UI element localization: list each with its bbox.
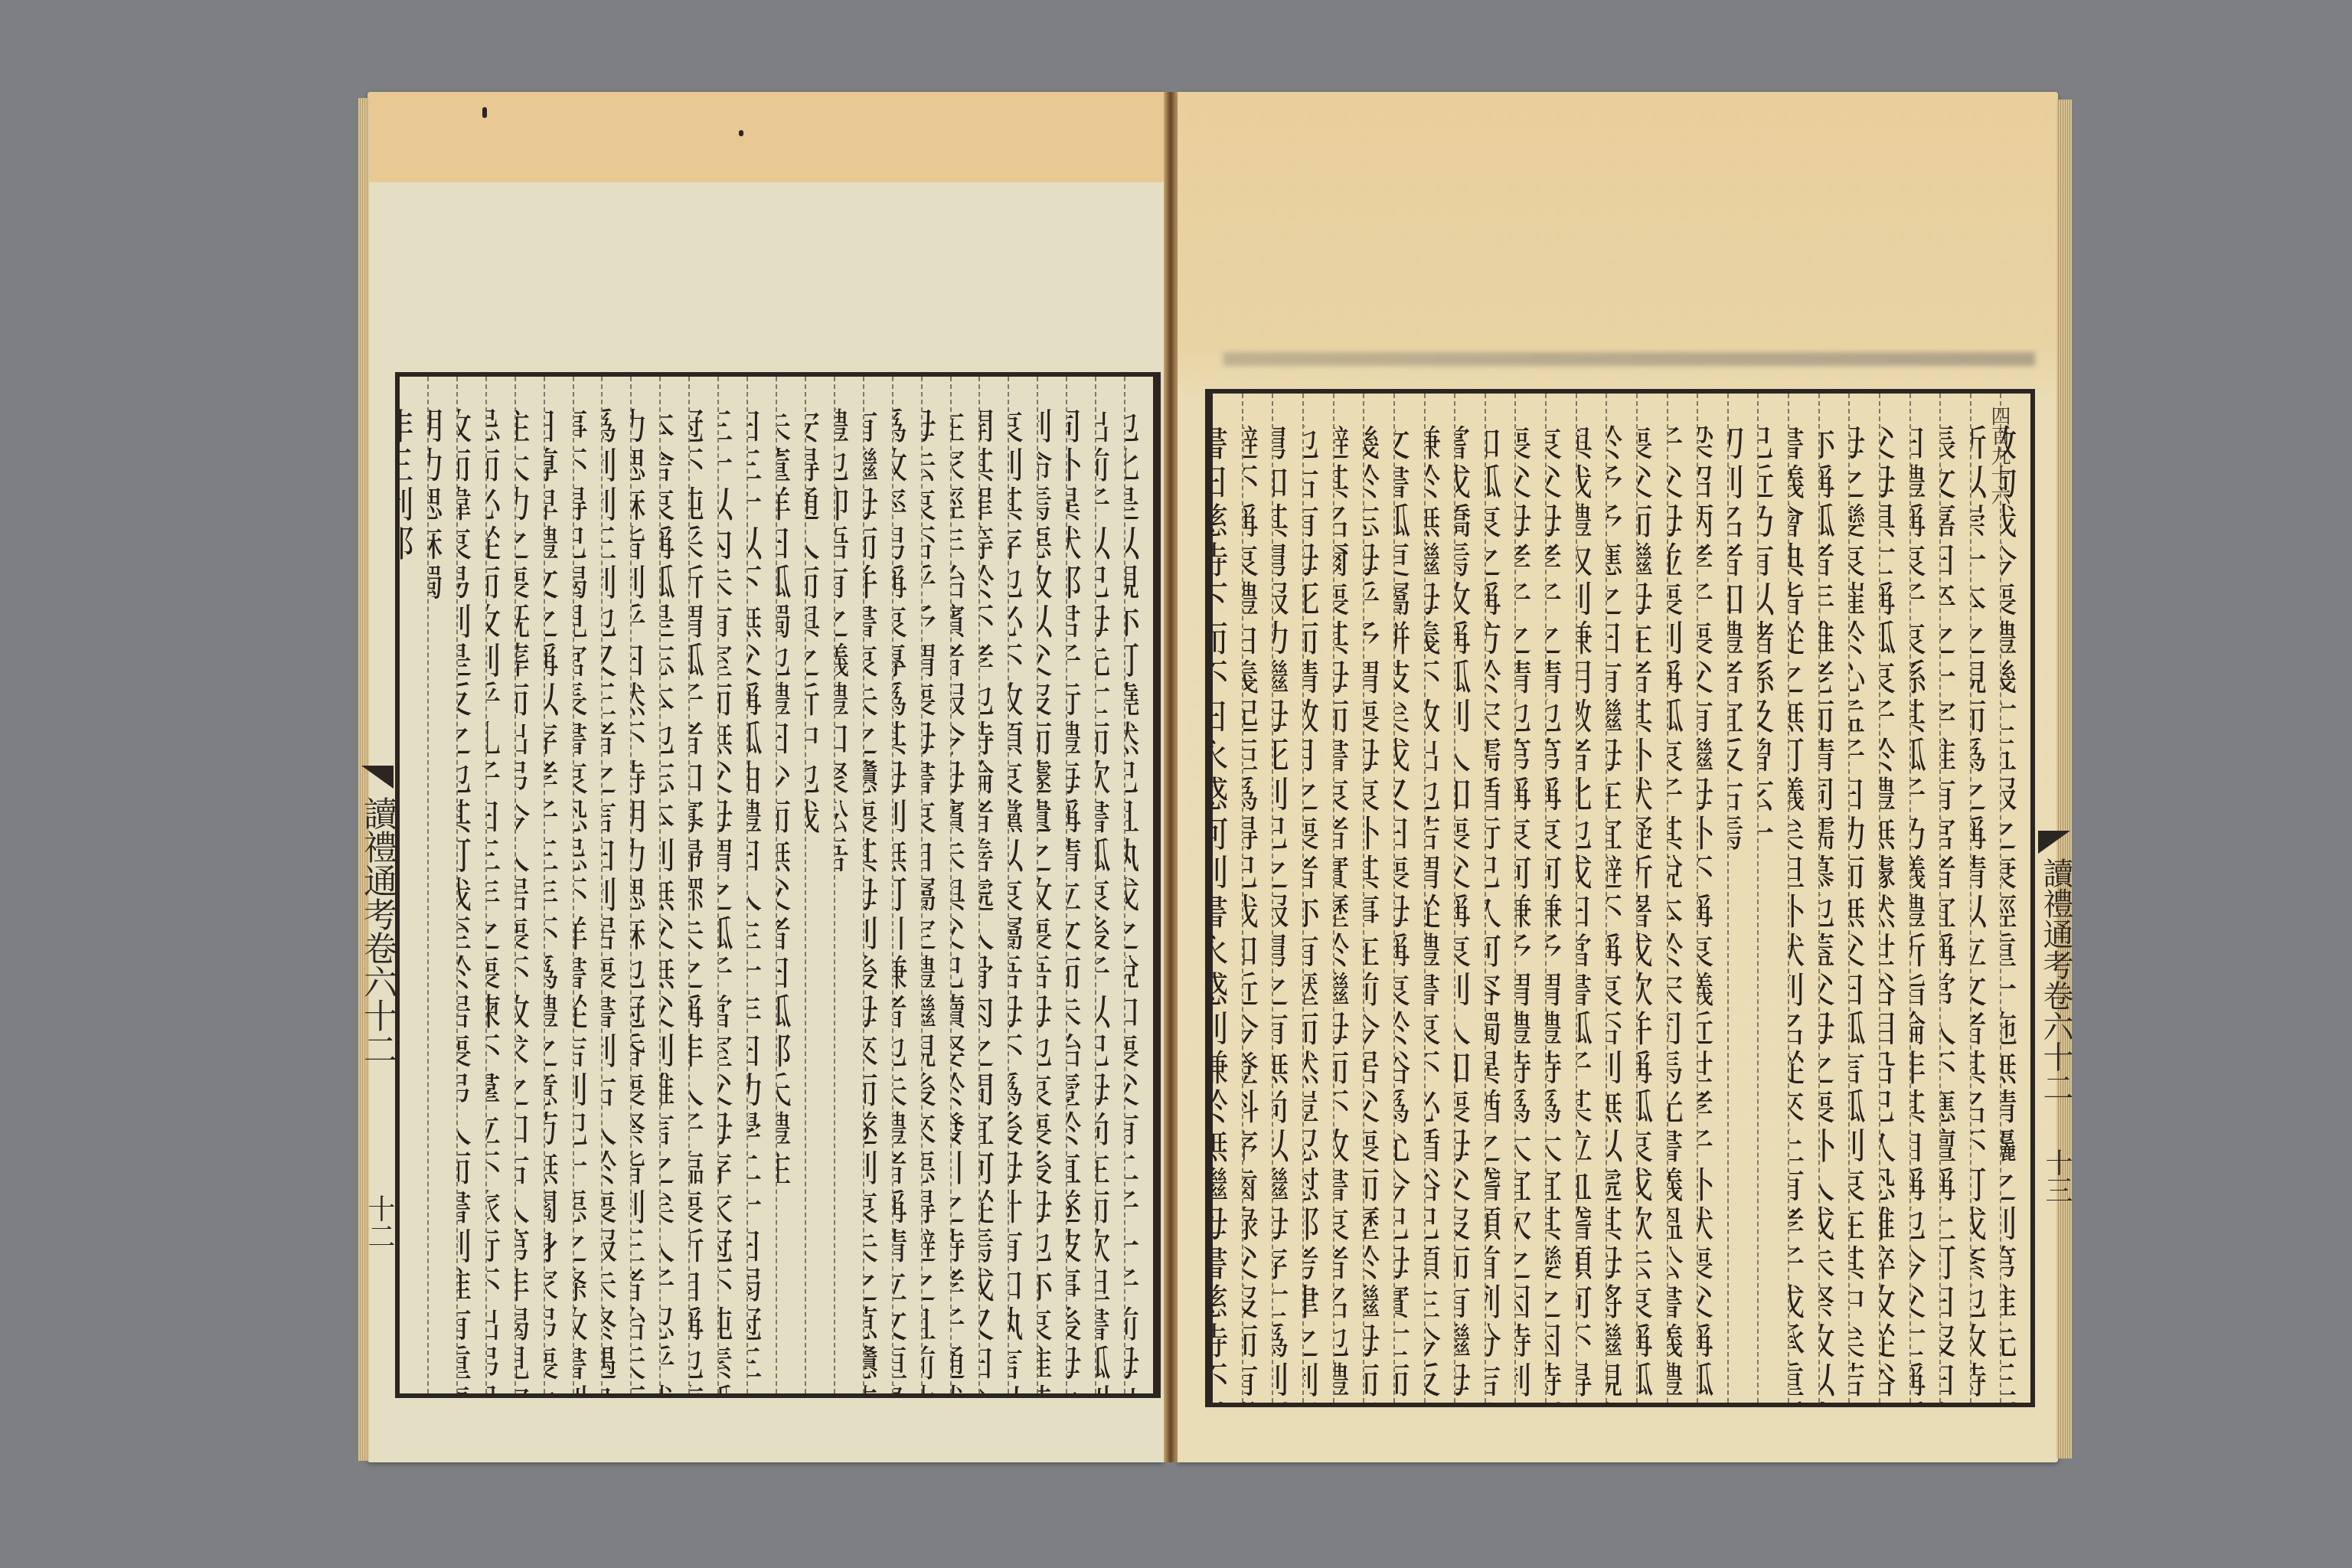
text-column: 冠不純采所謂孤子者如寡婦鰥夫之稱非人子臨喪所自稱也臨喪以哀爲	[688, 377, 717, 1393]
text-column: 也古有母死而請數月之喪者亦有壓而然豈忍懟邪考律之制服凡喪繼母	[1302, 394, 1333, 1403]
text-column: 避不稱哀禮由義起詎爲得已哉如近今登科序齒錄父沒而有繼母在堂必	[1242, 394, 1272, 1403]
show-through-line	[1223, 352, 2035, 366]
text-column: 梁紹炳孝子喪父有繼母訃不稱哀議近世孝子訃狀喪父稱孤子喪母稱哀	[1697, 394, 1727, 1403]
text-column: 事不得已謁見官長書哀恐忌不祥書從吉則犯十惡之條故書制某去其平	[573, 377, 602, 1393]
text-column: 避其名爾喪其母而書哀者實歷於繼母而不敢書哀者名也禮之節文是	[1333, 394, 1364, 1403]
text-column: 喪父而繼母在者其訃狀疑所署或欲并稱孤哀或欲去哀稱孤客未能決質	[1636, 394, 1667, 1403]
text-column: 爲政率男稱哀專爲其母則無可引嫌者也夫禮者稱情立文恒緣義起喪父	[892, 377, 921, 1393]
text-column: 非王制邪	[400, 377, 427, 1393]
text-column: 朱董祥曰孤獨也禮曰少而無父者曰孤鄭氏禮注	[776, 377, 805, 1393]
text-column: 開其罪等於不孝也持論者善處人骨肉之間宜何從焉或又曰今俗有停柩	[978, 377, 1008, 1393]
text-column: 爲制制王制也又王者之言曰制居喪書制古人於喪服未終遇身家所關之	[601, 377, 630, 1393]
text-column: 切列名者知禮者宜反古焉	[1727, 394, 1758, 1403]
text-column: 所以崇一本之親而爲之稱情以立文者其名不可或紊也故特言之	[1970, 394, 2001, 1403]
banxin-title: 讀禮通考卷六十二	[2034, 857, 2078, 1102]
text-column: 數拘哉今喪禮幾亡五服之衰輕重一施無精麤之別第惟先王制禮其	[2000, 394, 2030, 1403]
text-column: 有繼母而并書哀失之戇喪其母則後母來而遂削哀失之葸戇非禮葸亦非	[863, 377, 892, 1393]
page-number: 十三	[2037, 1148, 2076, 1204]
text-column: 曰三十以下無父稱孤曲禮曰人生十年曰幼學二十曰弱冠三十曰壯有室	[746, 377, 776, 1393]
text-column: 安得通人而與之折中也哉	[805, 377, 834, 1393]
text-column: 哀則其存也必不敢預哀儻以哀屬吾母不爲後母計有如執言以間嫌隙所	[1008, 377, 1037, 1393]
text-column: 母去哀否乎予謂喪母書哀自屬定禮繼親後來惡得避之且前此訃告以父	[921, 377, 950, 1393]
text-column: 三十以內未有室而無父母謂之孤子當室父母存衣冠不純素孤子當室衣	[717, 377, 746, 1393]
text-column: 期功緦麻獨	[427, 377, 456, 1393]
text-column: 書儀會典皆從之無可議矣但訃狀列名從來止有孝子或承重孫主喪者而	[1788, 394, 1818, 1403]
page-stack-edge-left	[358, 98, 369, 1461]
text-column: 幾於忘母乎予謂喪母哀訃其事在前今居父喪而歷於繼母而不敢書哀直	[1363, 394, 1393, 1403]
text-column: 如孤哀之稱昉於宋儒循行已久何容獨異猶之稽顙首例分吉凶君子未	[1485, 394, 1515, 1403]
text-column: 文書孤更屬駢枝矣或又曰喪母稱哀於俗爲允今已母實亡而去哀存孤不	[1393, 394, 1424, 1403]
text-frame: 數拘哉今喪禮幾亡五服之衰輕重一施無精麤之別第惟先王制禮其所以崇一本之親而爲之稱情…	[1205, 389, 2035, 1407]
text-column: 在家經年始殯者假令母殯未與父已續娶於發引之時孝子通狀亦緣繼	[950, 377, 979, 1393]
text-column: 子父母並喪則稱孤哀子其說本於宋司馬光書儀溫公書儀禮亦未是比有	[1667, 394, 1697, 1403]
text-column: 往大功之喪既葬而出弔今人居喪不敢求之如古人第非謁見官長稱哀何	[514, 377, 544, 1393]
text-column: 嫌於無繼母義不敢出也若謂從禮書哀不必循俗已類生今反古之道又連	[1424, 394, 1455, 1403]
text-column: 母之變哀摧於心孟子曰幼而無父曰孤言孤則哀在其中矣若六十七十而	[1848, 394, 1879, 1403]
text-column: 與哉禮取別嫌明微者此也或曰當書孤子某泣血稽顙何不得泥古	[1576, 394, 1606, 1403]
text-columns: 也比是以觀亦可曉然已且執或之說如喪父有二子一子前母出一子後母出前子以已母先亡而欲…	[400, 377, 1153, 1393]
ink-speck	[739, 130, 743, 136]
text-column: 父母俱亡稱孤哀子於禮無據然世俗相沿已久恐難猝改從俗亦可竊意父	[1879, 394, 1909, 1403]
text-column: 日尊卑禮文之稱以存孝子三年不爲禮之意苟無關身家弔喪之重雖鄰不	[544, 377, 573, 1393]
text-column: 曰禮稱哀子哀孫其孤子乃議禮所指論非其自稱也今父亡稱孤母亡稱哀	[1909, 394, 1940, 1403]
text-column: 哀父母孝子之情也第稱哀何嫌予謂禮時爲大宜其變之因時制宜以	[1545, 394, 1576, 1403]
text-column: 功緦麻皆制乎曰然不特期功緦麻也冠昏喪祭皆制王者治天下之法無不	[630, 377, 659, 1393]
text-column: 出前子以已母先亡而欲書孤哀後子以已母尚在而欲但書孤則二子者將	[1095, 377, 1124, 1393]
left-page: 讀禮通考卷六十二 十二 也比是以觀亦可曉然已且執或之說如喪父有二子一子前母出一子…	[367, 92, 1164, 1462]
text-column: 舅如其舅服功繼母死則已之服舅之有無尚以繼母存亡爲別則繼母在而	[1272, 394, 1302, 1403]
text-column: 書曰慈侍下而不曰永感何則書永感則嫌於無繼母書慈侍不嫌於忘己母	[1213, 394, 1242, 1403]
text-columns: 數拘哉今喪禮幾亡五服之衰輕重一施無精麤之別第惟先王制禮其所以崇一本之親而爲之稱情…	[1213, 394, 2030, 1403]
text-frame: 也比是以觀亦可曉然已且執或之說如喪父有二子一子前母出一子後母出前子以已母先亡而欲…	[395, 372, 1161, 1398]
text-column: 於予予應之曰有繼母在宜避不稱哀否則無以處其母將繼親也而父妾	[1606, 394, 1636, 1403]
page-stack-edge-right	[2056, 100, 2072, 1459]
text-column: 已近乃有以諸孫及曾玄一	[1757, 394, 1788, 1403]
text-column: 同訃異狀邪君子行禮每稱情立文而未始壹於直遂彼事後母之如母有父	[1066, 377, 1095, 1393]
text-column: 嘗或矯焉故稱孤則人知喪父稱哀則人知喪母父沒而有繼母者并書哀則	[1454, 394, 1485, 1403]
text-column: 制命焉惡敢以父沒而遽遺之故喪吾母也哀喪後母也亦哀惟其喪也亦當	[1037, 377, 1066, 1393]
book-gutter	[1164, 92, 1178, 1462]
text-column: 亦稱孤者年雖老而情同孺慕也蓋父母之喪外人或未祭故以此分辨焉況	[1818, 394, 1849, 1403]
text-column: 本舍哀稱孤是忘本也忘本則無父無父則難言之矣人子忍乎哉○或問期	[659, 377, 688, 1393]
open-book: 讀禮通考卷六十二 十二 也比是以觀亦可曉然已且執或之說如喪父有二子一子前母出一子…	[367, 92, 2060, 1470]
page-number: 十二	[360, 1194, 399, 1249]
right-page: 讀禮通考卷六十二 四百九十六 十三 數拘哉今喪禮幾亡五服之衰輕重一施無精麤之別第…	[1178, 92, 2058, 1462]
banxin-title: 讀禮通考卷六十二	[352, 796, 401, 1066]
text-column: 禮也抑語有之議禮如聚訟吾	[834, 377, 863, 1393]
text-column: 喪父母孝子之情也第稱哀何嫌予謂禮時爲大宜次之因時制宜不得泥古	[1514, 394, 1545, 1403]
text-column: 也比是以觀亦可曉然已且執或之說如喪父有二子一子前母出一子後母	[1124, 377, 1153, 1393]
text-column: 忌而必從而改制乎孔子曰三年之喪練不羣立不旅行不出弔恐忘哀爾無	[485, 377, 514, 1393]
text-column: 故而諱哀易制是反之也其可哉至於居喪弔人而書制惟有重喪者爲然豈	[456, 377, 485, 1393]
ink-speck	[482, 107, 487, 118]
text-column: 張文嘉曰卒之一字唯有官者宜稱常人不應擅稱止可曰沒曰終又案丘氏	[1939, 394, 1970, 1403]
